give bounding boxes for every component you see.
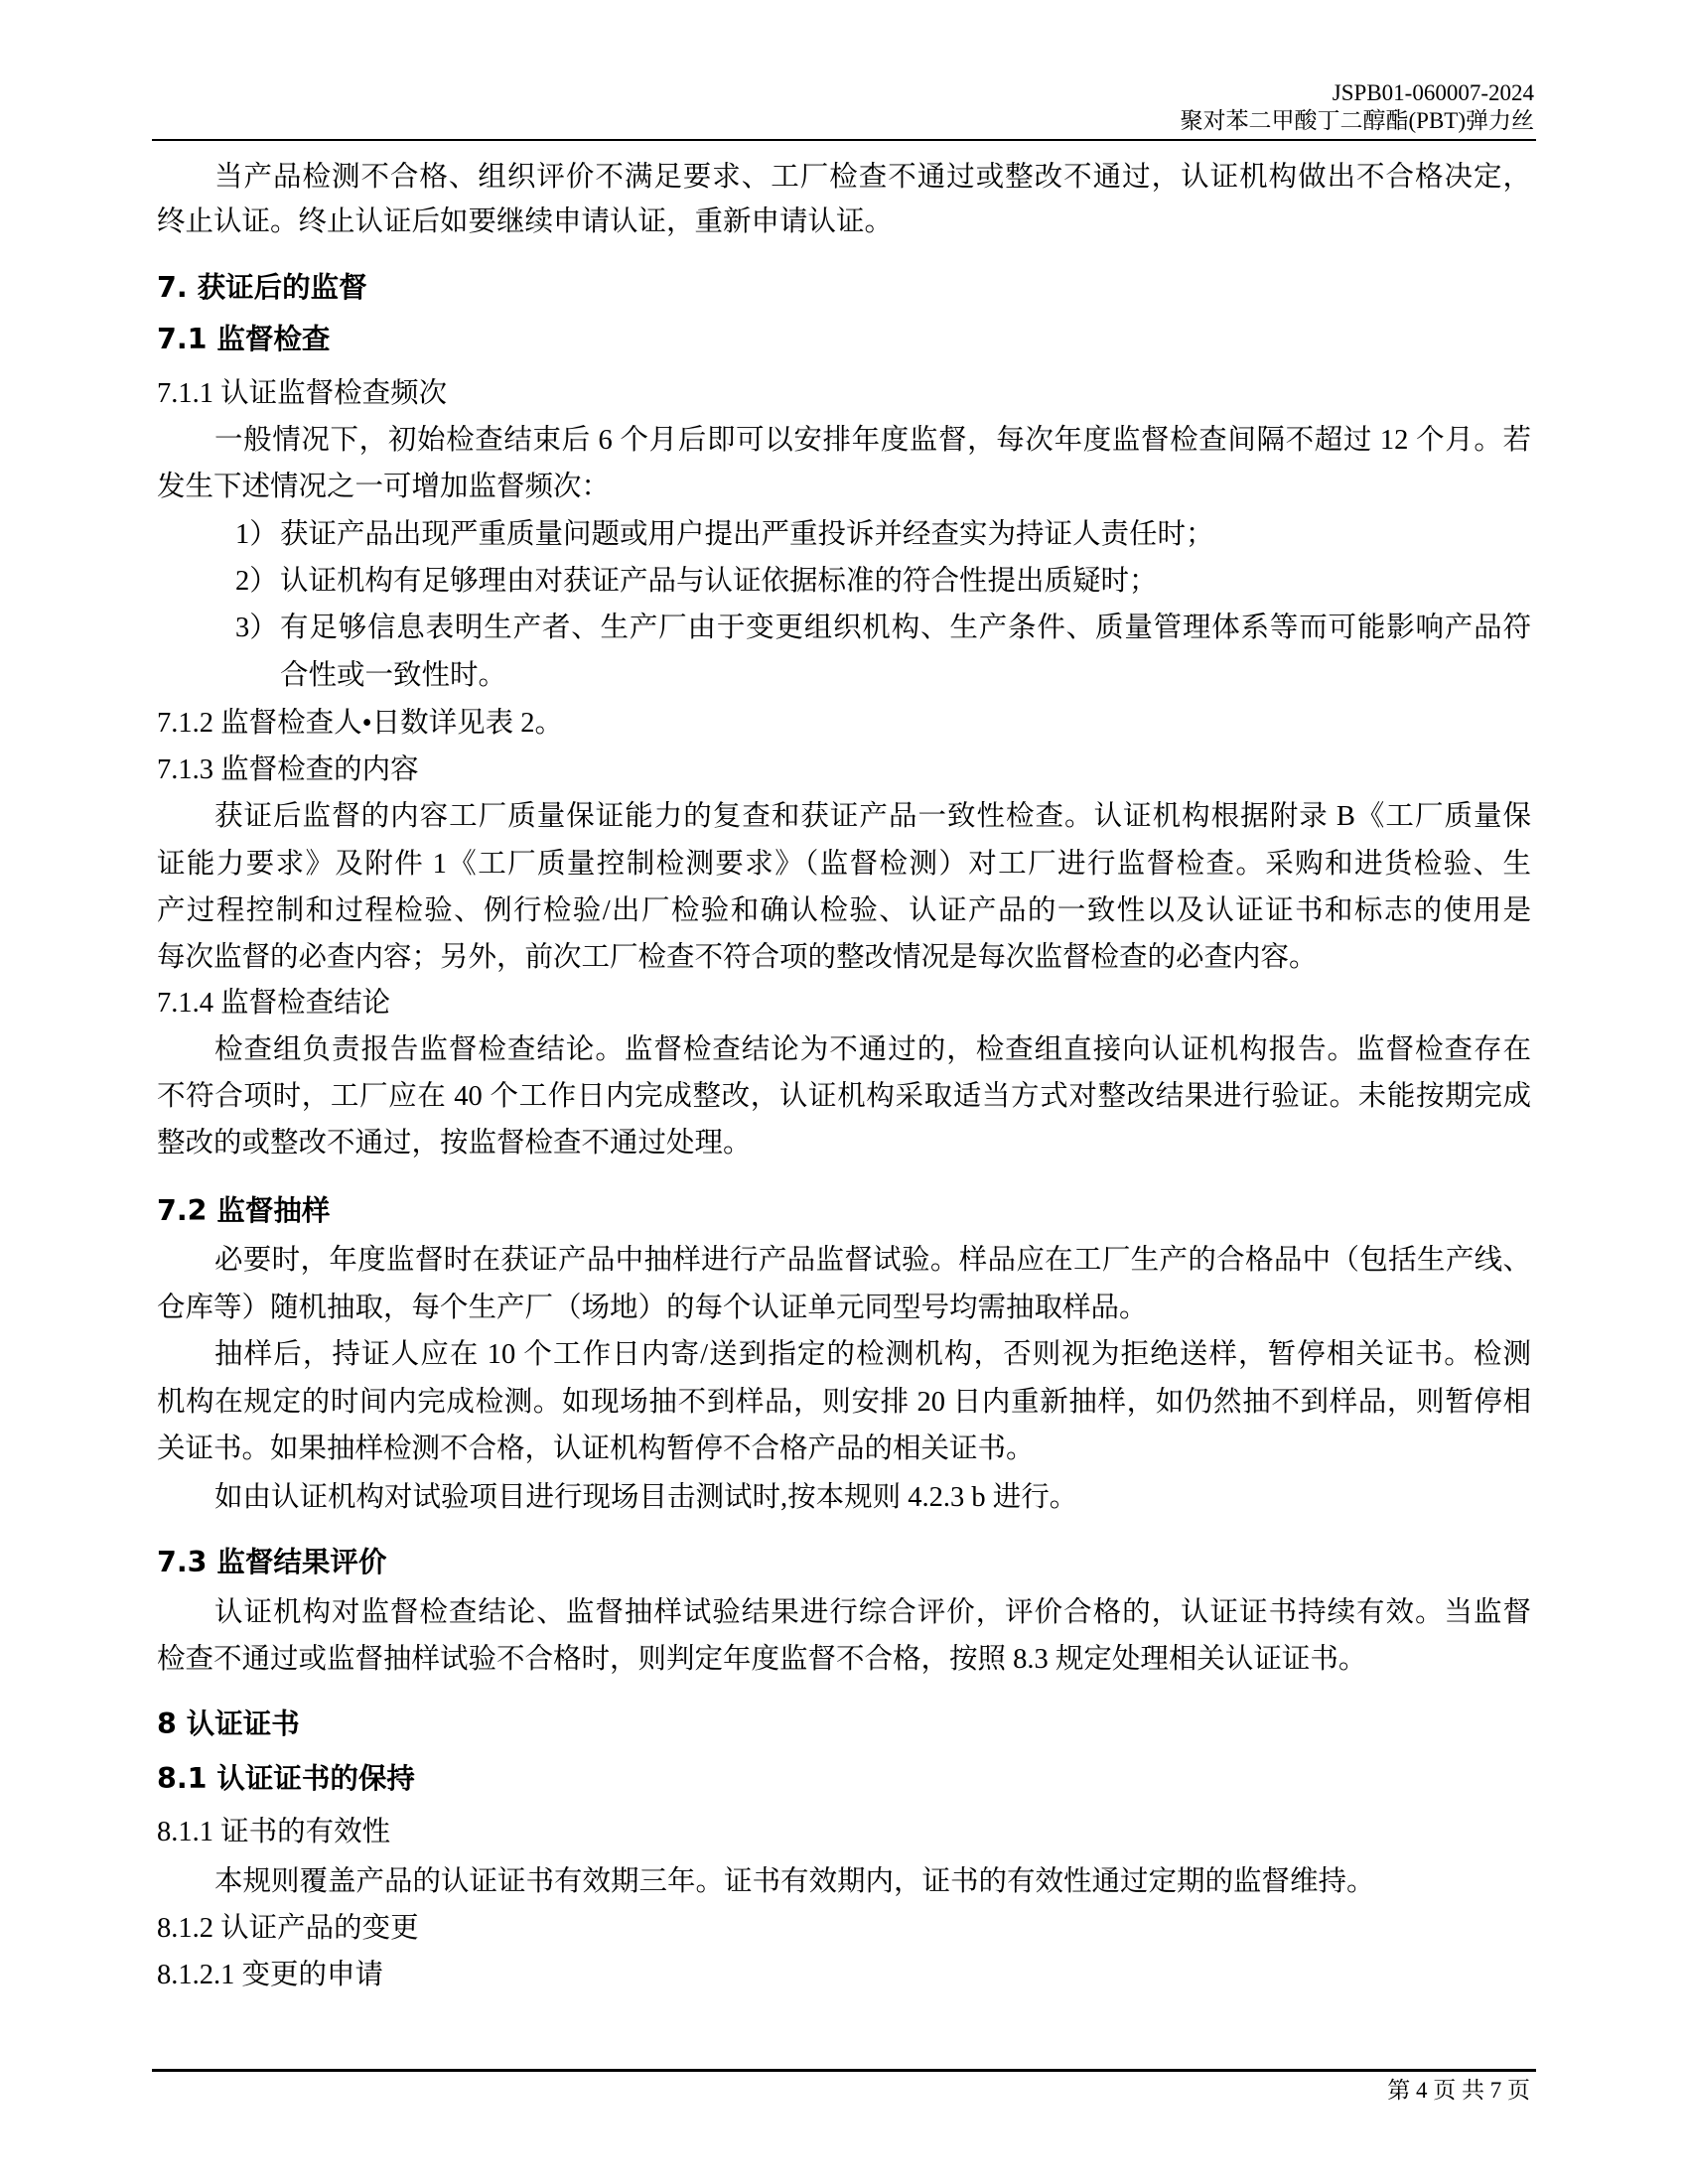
paragraph-line: 发生下述情况之一可增加监督频次： (157, 464, 1531, 510)
header-rule (152, 139, 1536, 141)
paragraph-line: 关证书。如果抽样检测不合格，认证机构暂停不合格产品的相关证书。 (157, 1426, 1531, 1472)
paragraph-line: 检查不通过或监督抽样试验不合格时，则判定年度监督不合格，按照 8.3 规定处理相… (157, 1636, 1531, 1683)
paragraph-line: 仓库等）随机抽取，每个生产厂（场地）的每个认证单元同型号均需抽取样品。 (157, 1285, 1531, 1331)
section-heading-8-1: 8.1 认证证书的保持 (157, 1755, 1531, 1802)
subsection-heading-7-1-3: 7.1.3 监督检查的内容 (157, 747, 1531, 793)
list-item-text: 有足够信息表明生产者、生产厂由于变更组织机构、生产条件、质量管理体系等而可能影响… (280, 605, 1531, 651)
paragraph-line: 本规则覆盖产品的认证证书有效期三年。证书有效期内，证书的有效性通过定期的监督维持… (157, 1858, 1531, 1905)
subsection-heading-8-1-2: 8.1.2 认证产品的变更 (157, 1905, 1531, 1952)
list-item-text: 合性或一致性时。 (280, 652, 1531, 699)
paragraph-line: 检查组负责报告监督检查结论。监督检查结论为不通过的，检查组直接向认证机构报告。监… (157, 1026, 1531, 1073)
header-doc-code: JSPB01-060007-2024 (1333, 79, 1534, 107)
paragraph-line: 一般情况下，初始检查结束后 6 个月后即可以安排年度监督，每次年度监督检查间隔不… (157, 417, 1531, 464)
paragraph-line: 如由认证机构对试验项目进行现场目击测试时,按本规则 4.2.3 b 进行。 (157, 1474, 1531, 1521)
subsection-heading-7-1-1: 7.1.1 认证监督检查频次 (157, 370, 1531, 417)
page-number-label: 第 4 页 共 7 页 (1387, 2077, 1530, 2105)
paragraph-line: 认证机构对监督检查结论、监督抽样试验结果进行综合评价，评价合格的，认证证书持续有… (157, 1589, 1531, 1636)
header-doc-title: 聚对苯二甲酸丁二醇酯(PBT)弹力丝 (1181, 107, 1535, 135)
paragraph-line: 抽样后，持证人应在 10 个工作日内寄/送到指定的检测机构，否则视为拒绝送样，暂… (157, 1331, 1531, 1378)
paragraph-line: 证能力要求》及附件 1《工厂质量控制检测要求》（监督检测）对工厂进行监督检查。采… (157, 841, 1531, 887)
list-item-marker: 2） (235, 558, 280, 605)
section-heading-7-3: 7.3 监督结果评价 (157, 1539, 1531, 1585)
paragraph-line: 当产品检测不合格、组织评价不满足要求、工厂检查不通过或整改不通过，认证机构做出不… (157, 154, 1531, 201)
footer-rule (152, 2069, 1536, 2072)
paragraph-line: 机构在规定的时间内完成检测。如现场抽不到样品，则安排 20 日内重新抽样，如仍然… (157, 1379, 1531, 1426)
subsection-heading-7-1-2: 7.1.2 监督检查人•日数详见表 2。 (157, 700, 1531, 747)
subsection-heading-7-1-4: 7.1.4 监督检查结论 (157, 980, 1531, 1026)
list-item-marker: 3） (235, 605, 280, 651)
section-heading-7-1: 7.1 监督检查 (157, 316, 1531, 362)
paragraph-line: 不符合项时，工厂应在 40 个工作日内完成整改，认证机构采取适当方式对整改结果进… (157, 1073, 1531, 1120)
document-page: JSPB01-060007-2024 聚对苯二甲酸丁二醇酯(PBT)弹力丝 当产… (0, 0, 1688, 2184)
subsection-heading-8-1-1: 8.1.1 证书的有效性 (157, 1809, 1531, 1855)
paragraph-line: 获证后监督的内容工厂质量保证能力的复查和获证产品一致性检查。认证机构根据附录 B… (157, 793, 1531, 840)
section-heading-8: 8 认证证书 (157, 1701, 1531, 1747)
section-heading-7: 7. 获证后的监督 (157, 264, 1531, 311)
paragraph-line: 产过程控制和过程检验、例行检验/出厂检验和确认检验、认证产品的一致性以及认证证书… (157, 887, 1531, 934)
subsection-heading-8-1-2-1: 8.1.2.1 变更的申请 (157, 1952, 1531, 1998)
section-heading-7-2: 7.2 监督抽样 (157, 1187, 1531, 1234)
list-item-text: 获证产品出现严重质量问题或用户提出严重投诉并经查实为持证人责任时； (280, 511, 1531, 558)
paragraph-line: 整改的或整改不通过，按监督检查不通过处理。 (157, 1120, 1531, 1166)
paragraph-line: 必要时，年度监督时在获证产品中抽样进行产品监督试验。样品应在工厂生产的合格品中（… (157, 1237, 1531, 1284)
list-item-text: 认证机构有足够理由对获证产品与认证依据标准的符合性提出质疑时； (280, 558, 1531, 605)
paragraph-line: 终止认证。终止认证后如要继续申请认证，重新申请认证。 (157, 199, 1531, 245)
paragraph-line: 每次监督的必查内容；另外，前次工厂检查不符合项的整改情况是每次监督检查的必查内容… (157, 934, 1531, 981)
list-item-marker: 1） (235, 511, 280, 558)
